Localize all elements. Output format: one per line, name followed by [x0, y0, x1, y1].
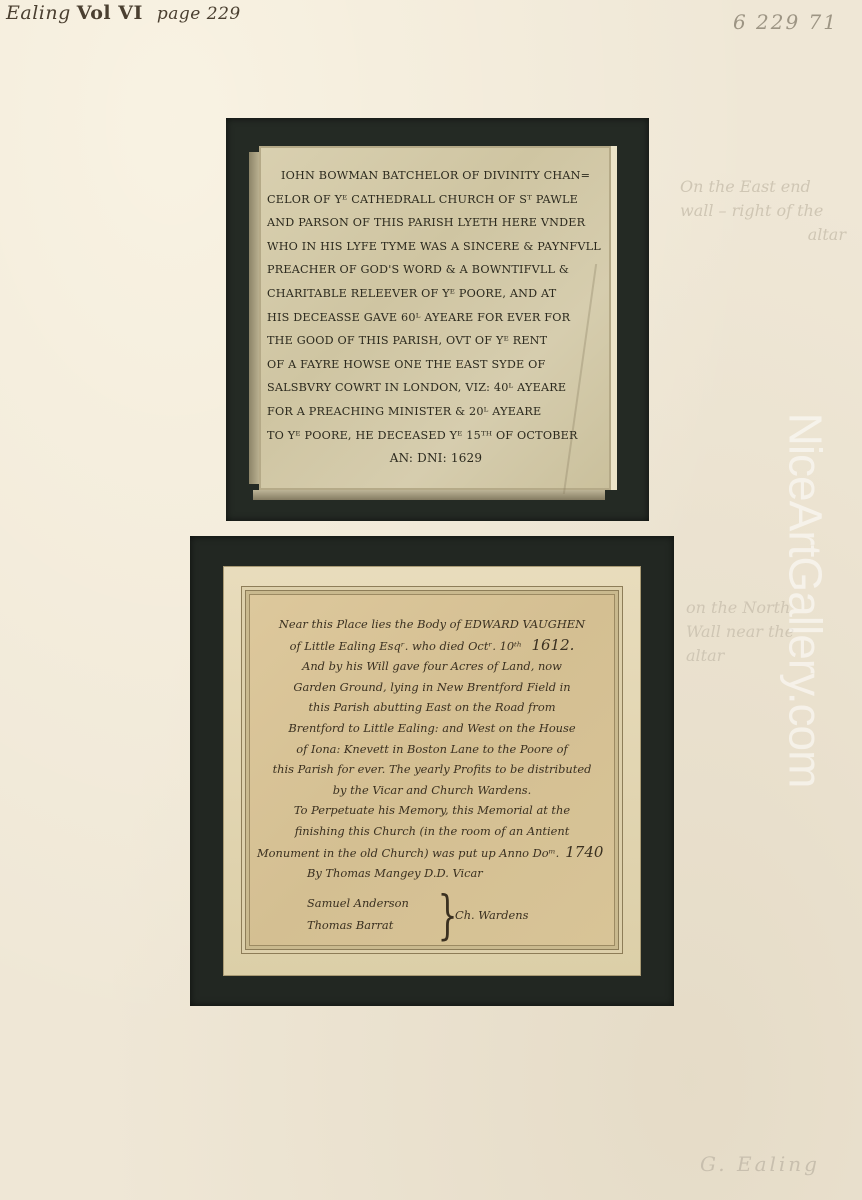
memorial-plaque-vaughen: Near this Place lies the Body of EDWARD … — [249, 594, 615, 946]
inscription-line: Garden Ground, lying in New Brentford Fi… — [249, 677, 615, 698]
inscription-line: of Little Ealing Esqʳ. who died Octʳ. 10… — [249, 635, 615, 657]
memorial-frame-bowman: IOHN BOWMAN BATCHELOR OF DIVINITY CHAN= … — [226, 118, 649, 521]
pencil-note-upper: On the East end wall – right of the alta… — [680, 175, 858, 247]
inscription-line: by the Vicar and Church Wardens. — [249, 780, 615, 801]
inscription-line: finishing this Church (in the room of an… — [249, 821, 615, 842]
warden-name: Thomas Barrat — [307, 918, 393, 932]
warden-name: Samuel Anderson — [307, 896, 409, 910]
inscription-text: Monument in the old Church) was put up A… — [257, 846, 559, 860]
header-page: page 229 — [157, 4, 241, 24]
inscription-line: IOHN BOWMAN BATCHELOR OF DIVINITY CHAN= — [267, 164, 605, 188]
inscription-line: FOR A PREACHING MINISTER & 20ᴸ AYEARE — [267, 400, 605, 424]
inscription-vaughen: Near this Place lies the Body of EDWARD … — [249, 614, 615, 884]
church-wardens: Samuel Anderson Thomas Barrat } Ch. Ward… — [307, 896, 607, 956]
inscription-line: OF A FAYRE HOWSE ONE THE EAST SYDE OF — [267, 353, 605, 377]
inscription-line: PREACHER OF GOD'S WORD & A BOWNTIFVLL & — [267, 258, 605, 282]
warden-role: Ch. Wardens — [455, 908, 528, 922]
inscription-line: of Iona: Knevett in Boston Lane to the P… — [249, 739, 615, 760]
note-line: wall – right of the — [680, 201, 823, 220]
memorial-mount: Near this Place lies the Body of EDWARD … — [223, 566, 641, 976]
memorial-moulding: Near this Place lies the Body of EDWARD … — [241, 586, 623, 954]
reference-number: 6 229 71 — [733, 10, 838, 34]
note-line: On the East end — [680, 177, 811, 196]
inscription-line: TO Yᴱ POORE, HE DECEASED Yᴱ 15ᵀᴴ OF OCTO… — [267, 424, 605, 448]
inscription-line: WHO IN HIS LYFE TYME WAS A SINCERE & PAY… — [267, 235, 605, 259]
inscription-line: CELOR OF Yᴱ CATHEDRALL CHURCH OF Sᵀ PAWL… — [267, 188, 605, 212]
header-place: Ealing — [6, 2, 71, 24]
watermark: NiceArtGallery.com — [770, 410, 840, 790]
plaque-bevel — [249, 152, 259, 484]
inscription-text: of Little Ealing Esqʳ. who died Octʳ. 10… — [290, 639, 522, 653]
header-volume: Vol VI — [77, 2, 143, 24]
inscription-line: this Parish abutting East on the Road fr… — [249, 697, 615, 718]
inscription-bowman: IOHN BOWMAN BATCHELOR OF DIVINITY CHAN= … — [267, 164, 605, 471]
inscription-line: SALSBVRY COWRT IN LONDON, VIZ: 40ᴸ AYEAR… — [267, 376, 605, 400]
sheet-header: EalingVol VIpage 229 — [6, 2, 241, 24]
memorial-plaque-bowman: IOHN BOWMAN BATCHELOR OF DIVINITY CHAN= … — [259, 146, 611, 490]
inscription-line: AND PARSON OF THIS PARISH LYETH HERE VND… — [267, 211, 605, 235]
erected-year: 1740 — [565, 843, 603, 861]
watermark-text: NiceArtGallery.com — [778, 413, 832, 788]
footer-note: G. Ealing — [700, 1152, 820, 1176]
note-line: altar — [680, 223, 858, 247]
inscription-line: this Parish for ever. The yearly Profits… — [249, 759, 615, 780]
death-year: 1612. — [531, 636, 574, 654]
inscription-line: Brentford to Little Ealing: and West on … — [249, 718, 615, 739]
inscription-line: THE GOOD OF THIS PARISH, OVT OF Yᴱ RENT — [267, 329, 605, 353]
inscription-line: CHARITABLE RELEEVER OF Yᴱ POORE, AND AT — [267, 282, 605, 306]
inscription-line: To Perpetuate his Memory, this Memorial … — [249, 800, 615, 821]
inscription-line: HIS DECEASSE GAVE 60ᴸ AYEARE FOR EVER FO… — [267, 306, 605, 330]
inscription-date: AN: DNI: 1629 — [267, 447, 605, 471]
inscription-line: Near this Place lies the Body of EDWARD … — [249, 614, 615, 635]
vicar-line: By Thomas Mangey D.D. Vicar — [249, 863, 615, 884]
memorial-frame-vaughen: Near this Place lies the Body of EDWARD … — [190, 536, 674, 1006]
inscription-line: Monument in the old Church) was put up A… — [249, 842, 615, 864]
inscription-line: And by his Will gave four Acres of Land,… — [249, 656, 615, 677]
plaque-bevel — [253, 490, 605, 500]
